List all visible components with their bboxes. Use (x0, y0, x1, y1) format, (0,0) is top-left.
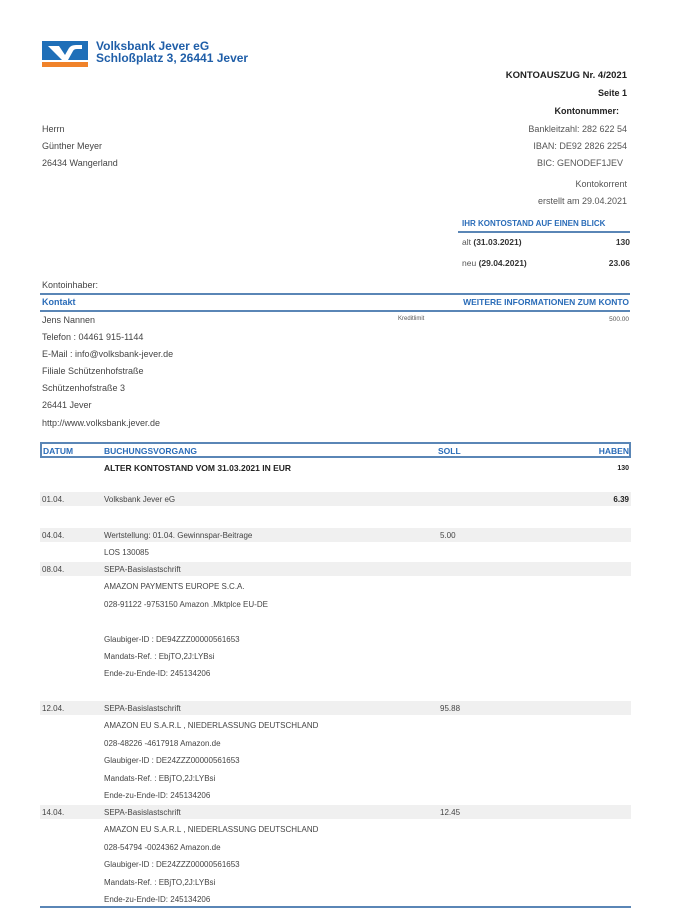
transaction-debit: 12.45 (440, 808, 460, 817)
divider (40, 906, 631, 908)
kreditlimit-label: Kreditlimit (398, 316, 424, 322)
column-haben: HABEN (599, 446, 629, 456)
transaction-description: Wertstellung: 01.04. Gewinnspar-Beitrage (104, 531, 252, 540)
contact-phone: Telefon : 04461 915-1144 (42, 332, 143, 342)
column-buchungsvorgang: BUCHUNGSVORGANG (104, 446, 197, 456)
transaction-description: Ende-zu-Ende-ID: 245134206 (104, 895, 210, 904)
transaction-credit: 6.39 (613, 495, 629, 504)
account-holder-label: Kontoinhaber: (42, 280, 98, 290)
new-balance-row: neu (29.04.2021) 23.06 (462, 258, 630, 268)
transaction-description: AMAZON EU S.A.R.L , NIEDERLASSUNG DEUTSC… (104, 721, 318, 730)
new-balance: 23.06 (609, 258, 630, 268)
kontonummer-label: Kontonummer: (555, 106, 620, 116)
transaction-description: Glaubiger-ID : DE24ZZZ00000561653 (104, 860, 240, 869)
transaction-description: Ende-zu-Ende-ID: 245134206 (104, 669, 210, 678)
contact-name: Jens Nannen (42, 315, 95, 325)
transaction-date: 01.04. (42, 495, 64, 504)
contact-street: Schützenhofstraße 3 (42, 383, 125, 393)
recipient-salutation: Herrn (42, 124, 65, 134)
transaction-description: 028-48226 -4617918 Amazon.de (104, 739, 221, 748)
column-datum: DATUM (43, 446, 73, 456)
recipient-name: Günther Meyer (42, 141, 102, 151)
bank-address: Schloßplatz 3, 26441 Jever (96, 52, 248, 64)
divider (458, 231, 630, 233)
opening-balance-value: 130 (617, 465, 629, 472)
old-balance: 130 (616, 237, 630, 247)
old-balance-row: alt (31.03.2021) 130 (462, 237, 630, 247)
page-number: Seite 1 (598, 88, 627, 98)
old-date: (31.03.2021) (473, 237, 521, 247)
kreditlimit-value: 500.00 (609, 316, 629, 323)
transaction-date: 08.04. (42, 565, 64, 574)
transaction-description: Volksbank Jever eG (104, 495, 175, 504)
divider (40, 293, 630, 295)
transaction-description: SEPA-Basislastschrift (104, 704, 181, 713)
transaction-date: 04.04. (42, 531, 64, 540)
contact-email[interactable]: E-Mail : info@volksbank-jever.de (42, 349, 173, 359)
contact-section-title: Kontakt (42, 297, 76, 307)
bank-header: Volksbank Jever eG Schloßplatz 3, 26441 … (96, 40, 248, 64)
contact-branch: Filiale Schützenhofstraße (42, 366, 144, 376)
statement-title: KONTOAUSZUG Nr. 4/2021 (506, 70, 627, 81)
transaction-debit: 95.88 (440, 704, 460, 713)
created-date: erstellt am 29.04.2021 (538, 196, 627, 206)
transaction-description: AMAZON PAYMENTS EUROPE S.C.A. (104, 582, 245, 591)
transaction-description: Mandats-Ref. : EBjTO,2J:LYBsi (104, 774, 215, 783)
transaction-description: Glaubiger-ID : DE94ZZZ00000561653 (104, 635, 240, 644)
transaction-description: Glaubiger-ID : DE24ZZZ00000561653 (104, 756, 240, 765)
opening-balance-label: ALTER KONTOSTAND VOM 31.03.2021 IN EUR (104, 463, 291, 473)
transaction-description: 028-54794 -0024362 Amazon.de (104, 843, 221, 852)
iban: IBAN: DE92 2826 2254 (533, 141, 627, 151)
transaction-description: Ende-zu-Ende-ID: 245134206 (104, 791, 210, 800)
transaction-description: Mandats-Ref. : EBjTO,2J:LYBsi (104, 878, 215, 887)
divider (40, 310, 630, 312)
balance-glance-title: IHR KONTOSTAND AUF EINEN BLICK (462, 219, 605, 228)
transaction-date: 12.04. (42, 704, 64, 713)
bic: BIC: GENODEF1JEV (537, 158, 623, 168)
contact-website[interactable]: http://www.volksbank.jever.de (42, 418, 160, 428)
transaction-date: 14.04. (42, 808, 64, 817)
transaction-description: SEPA-Basislastschrift (104, 565, 181, 574)
new-prefix: neu (462, 258, 476, 268)
transaction-description: LOS 130085 (104, 548, 149, 557)
transaction-description: AMAZON EU S.A.R.L , NIEDERLASSUNG DEUTSC… (104, 825, 318, 834)
column-soll: SOLL (438, 446, 461, 456)
volksbank-logo-icon (42, 41, 88, 67)
account-type: Kontokorrent (575, 179, 627, 189)
recipient-city: 26434 Wangerland (42, 158, 118, 168)
old-prefix: alt (462, 237, 471, 247)
transaction-description: Mandats-Ref. : EbjTO,2J:LYBsi (104, 652, 214, 661)
new-date: (29.04.2021) (479, 258, 527, 268)
more-info-title: WEITERE INFORMATIONEN ZUM KONTO (463, 297, 629, 307)
transactions-table-header: DATUM BUCHUNGSVORGANG SOLL HABEN (40, 442, 631, 458)
bankleitzahl: Bankleitzahl: 282 622 54 (528, 124, 627, 134)
transaction-description: 028-91122 -9753150 Amazon .Mktplce EU-DE (104, 600, 268, 609)
contact-city: 26441 Jever (42, 400, 92, 410)
transaction-debit: 5.00 (440, 531, 456, 540)
transaction-description: SEPA-Basislastschrift (104, 808, 181, 817)
